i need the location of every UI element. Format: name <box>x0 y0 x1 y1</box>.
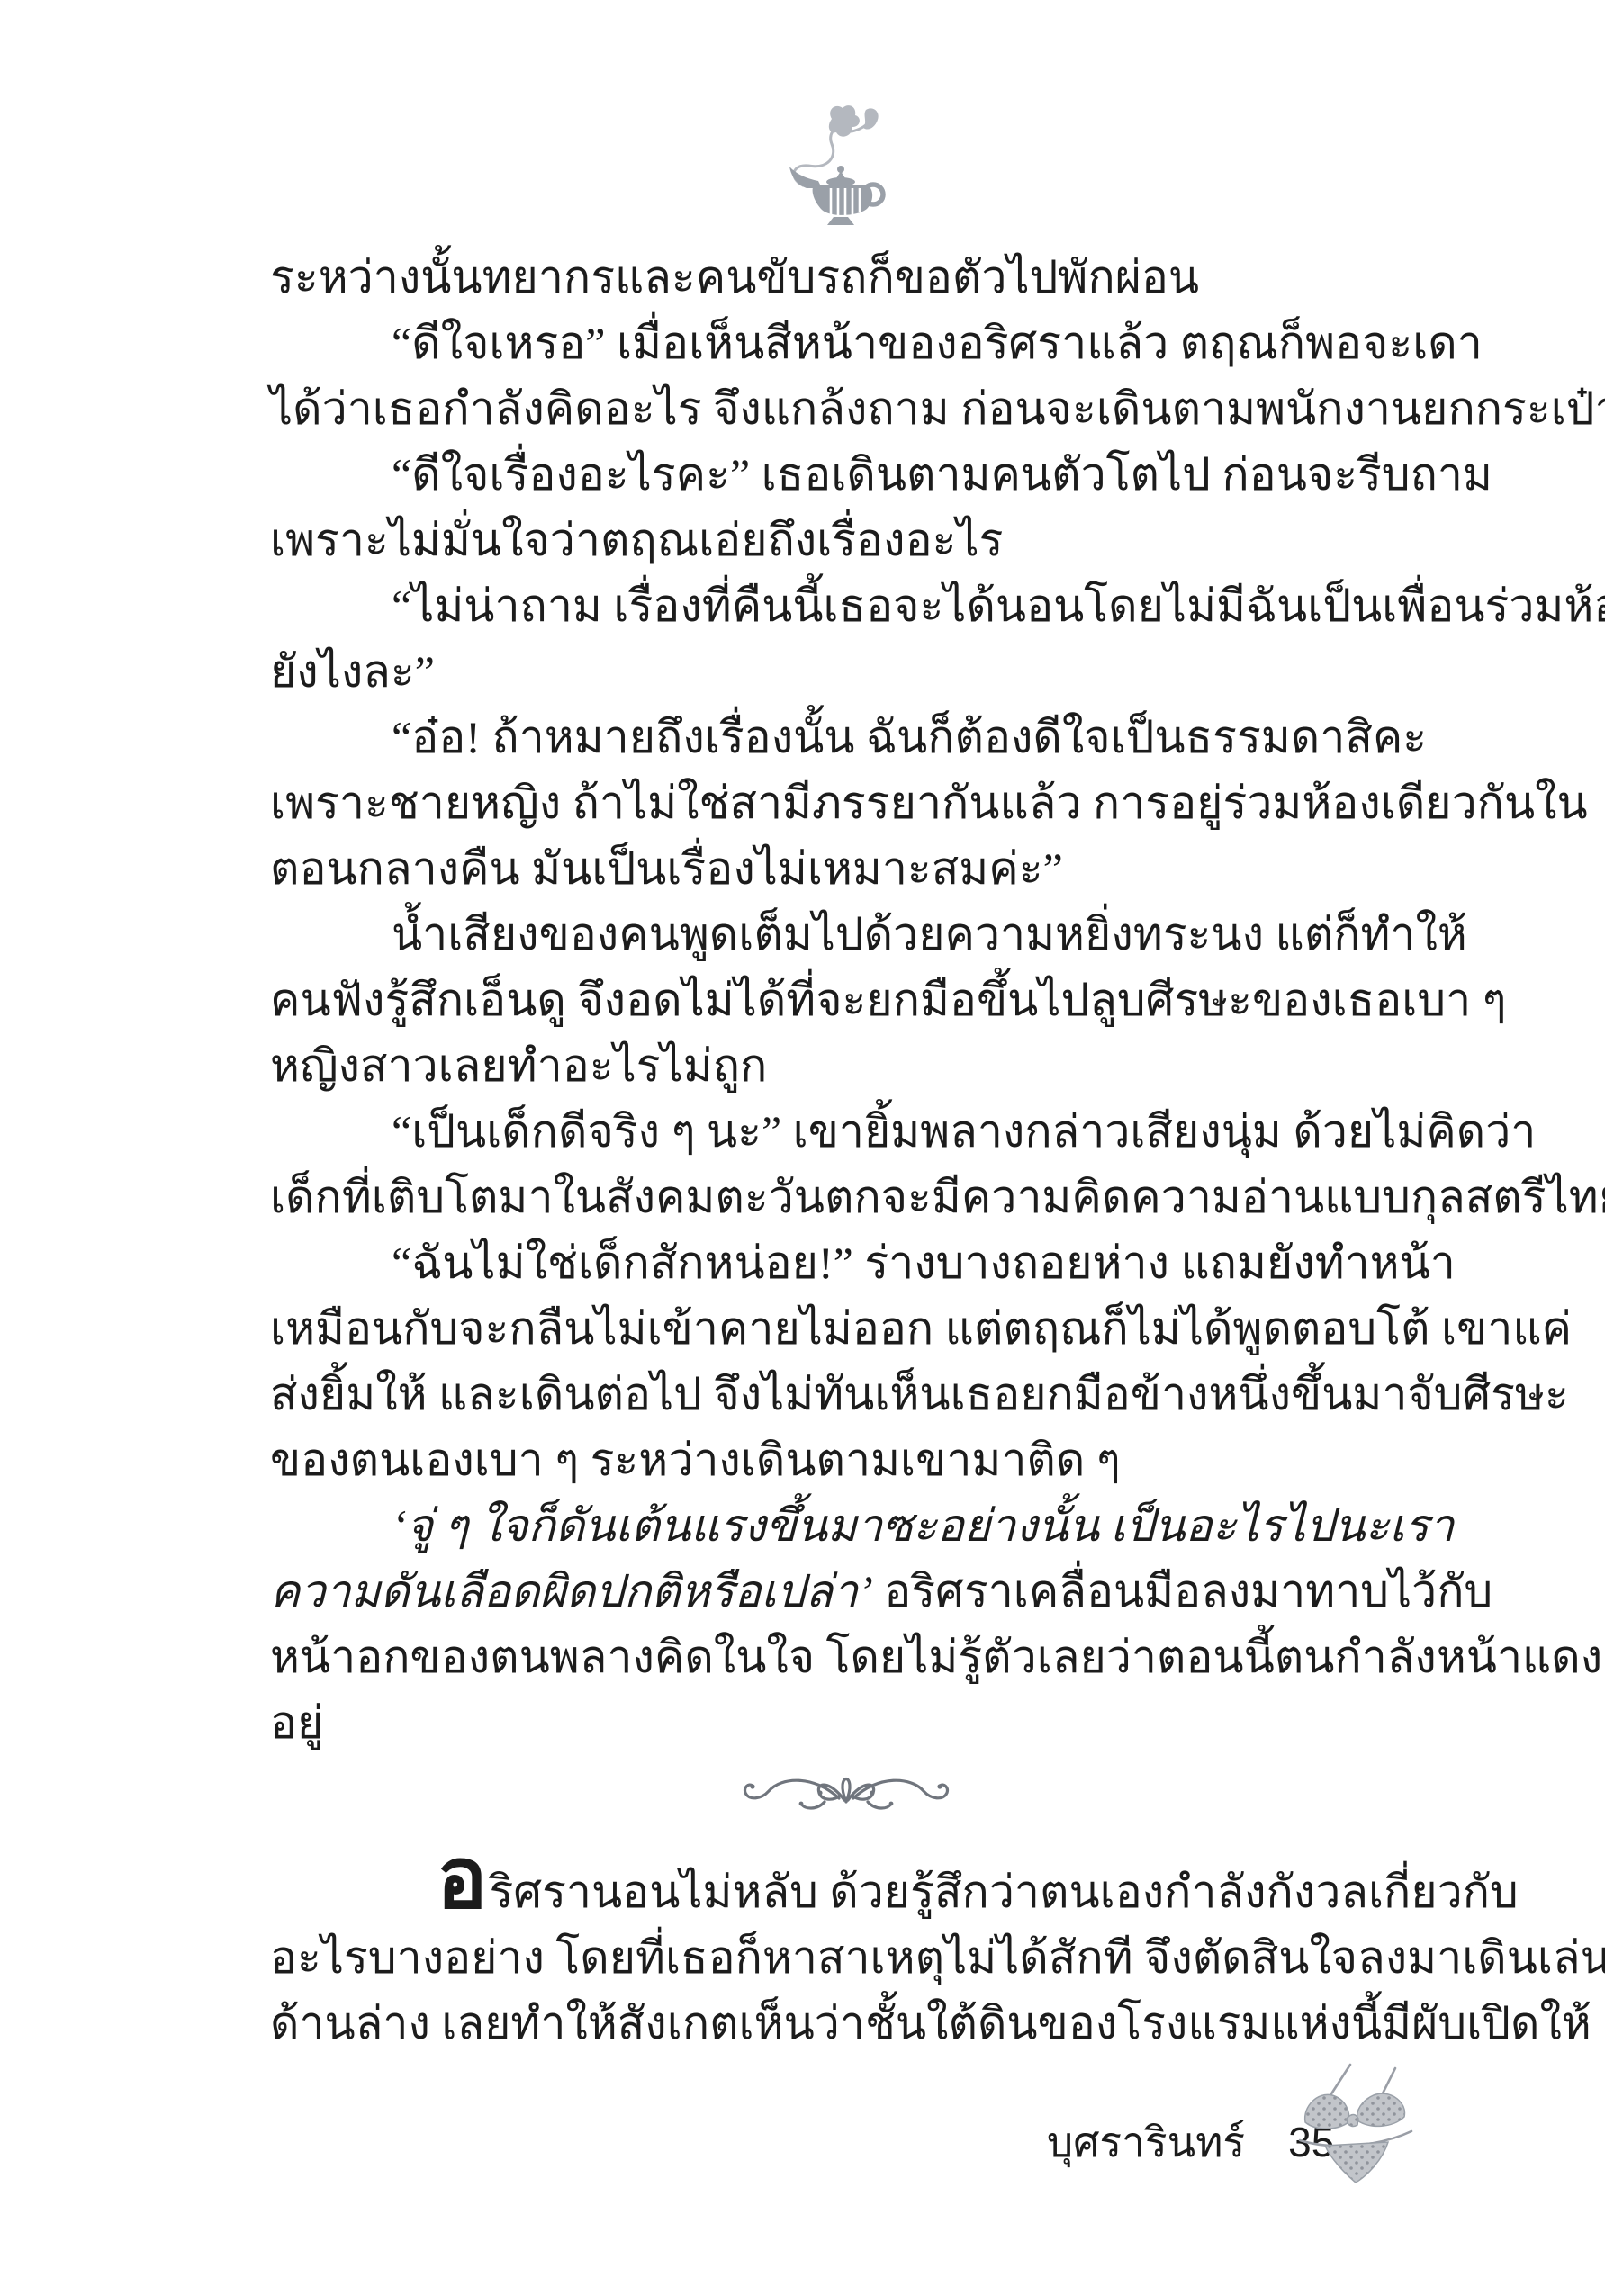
text-segment: ยังไงละ” <box>270 646 435 697</box>
text-segment: เหมือนกับจะกลืนไม่เข้าคายไม่ออก แต่ตฤณก็… <box>270 1303 1572 1354</box>
text-line: ตอนกลางคืน มันเป็นเรื่องไม่เหมาะสมค่ะ” <box>270 836 1422 902</box>
text-line: อะไรบางอย่าง โดยที่เธอก็หาสาเหตุไม่ได้สั… <box>270 1925 1422 1991</box>
text-segment: “ดีใจเรื่องอะไรคะ” เธอเดินตามคนตัวโตไป ก… <box>392 449 1492 500</box>
genie-lamp-icon <box>781 101 893 227</box>
text-segment: ได้ว่าเธอกำลังคิดอะไร จึงแกล้งถาม ก่อนจะ… <box>270 383 1605 434</box>
text-segment: อะไรบางอย่าง โดยที่เธอก็หาสาเหตุไม่ได้สั… <box>270 1932 1605 1983</box>
text-segment: เด็กที่เติบโตมาในสังคมตะวันตกจะมีความคิด… <box>270 1172 1605 1222</box>
text-line: ‘จู่ ๆ ใจก็ดันเต้นแรงขึ้นมาซะอย่างนั้น เ… <box>270 1493 1422 1559</box>
text-segment: ส่งยิ้มให้ และเดินต่อไป จึงไม่ทันเห็นเธอ… <box>270 1369 1569 1419</box>
text-line: ส่งยิ้มให้ และเดินต่อไป จึงไม่ทันเห็นเธอ… <box>270 1362 1422 1427</box>
text-segment: อริศราเคลื่อนมือลงมาทาบไว้กับ <box>873 1566 1493 1616</box>
text-line: อริศรานอนไม่หลับ ด้วยรู้สึกว่าตนเองกำลัง… <box>270 1859 1422 1925</box>
text-segment: ‘จู่ ๆ ใจก็ดันเต้นแรงขึ้นมาซะอย่างนั้น เ… <box>392 1500 1454 1551</box>
text-line: หญิงสาวเลยทำอะไรไม่ถูก <box>270 1033 1422 1099</box>
text-line: เพราะชายหญิง ถ้าไม่ใช่สามีภรรยากันแล้ว ก… <box>270 770 1422 836</box>
text-segment: “ไม่น่าถาม เรื่องที่คืนนี้เธอจะได้นอนโดย… <box>392 581 1605 631</box>
text-segment: ของตนเองเบา ๆ ระหว่างเดินตามเขามาติด ๆ <box>270 1435 1121 1485</box>
page-footer: บุศรารินทร์ 35 <box>1047 2110 1334 2175</box>
text-line: ระหว่างนั้นทยากรและคนขับรถก็ขอตัวไปพักผ่… <box>270 245 1422 311</box>
text-line: ได้ว่าเธอกำลังคิดอะไร จึงแกล้งถาม ก่อนจะ… <box>270 376 1422 442</box>
text-segment: “ฉันไม่ใช่เด็กสักหน่อย!” ร่างบางถอยห่าง … <box>392 1238 1456 1288</box>
text-segment: เพราะไม่มั่นใจว่าตฤณเอ่ยถึงเรื่องอะไร <box>270 515 1003 565</box>
text-segment: คนฟังรู้สึกเอ็นดู จึงอดไม่ได้ที่จะยกมือข… <box>270 975 1507 1025</box>
text-line: ความดันเลือดผิดปกติหรือเปล่า’ อริศราเคลื… <box>270 1559 1422 1625</box>
text-line: ยังไงละ” <box>270 639 1422 705</box>
text-segment: ระหว่างนั้นทยากรและคนขับรถก็ขอตัวไปพักผ่… <box>270 252 1199 302</box>
text-segment: ความดันเลือดผิดปกติหรือเปล่า’ <box>270 1566 873 1616</box>
text-line: ด้านล่าง เลยทำให้สังเกตเห็นว่าชั้นใต้ดิน… <box>270 1991 1422 2057</box>
text-line: อยู่ <box>270 1690 1422 1756</box>
text-line: “ดีใจเหรอ” เมื่อเห็นสีหน้าของอริศราแล้ว … <box>270 311 1422 376</box>
genie-lamp-svg <box>781 101 893 227</box>
bikini-svg <box>1294 2057 1415 2189</box>
text-line: คนฟังรู้สึกเอ็นดู จึงอดไม่ได้ที่จะยกมือข… <box>270 968 1422 1033</box>
text-line: “ดีใจเรื่องอะไรคะ” เธอเดินตามคนตัวโตไป ก… <box>270 442 1422 508</box>
text-segment: ตอนกลางคืน มันเป็นเรื่องไม่เหมาะสมค่ะ” <box>270 843 1063 894</box>
drop-cap-letter: อ <box>437 1832 489 1926</box>
text-line: “เป็นเด็กดีจริง ๆ นะ” เขายิ้มพลางกล่าวเส… <box>270 1099 1422 1165</box>
text-segment: “อ๋อ! ถ้าหมายถึงเรื่องนั้น ฉันก็ต้องดีใจ… <box>392 712 1427 762</box>
text-segment: หญิงสาวเลยทำอะไรไม่ถูก <box>270 1040 767 1091</box>
text-line: เหมือนกับจะกลืนไม่เข้าคายไม่ออก แต่ตฤณก็… <box>270 1296 1422 1362</box>
flourish-svg <box>738 1757 954 1814</box>
text-line: เด็กที่เติบโตมาในสังคมตะวันตกจะมีความคิด… <box>270 1165 1422 1230</box>
text-line: “ฉันไม่ใช่เด็กสักหน่อย!” ร่างบางถอยห่าง … <box>270 1230 1422 1296</box>
text-line: เพราะไม่มั่นใจว่าตฤณเอ่ยถึงเรื่องอะไร <box>270 508 1422 573</box>
paragraph-block-1: ระหว่างนั้นทยากรและคนขับรถก็ขอตัวไปพักผ่… <box>270 245 1422 1756</box>
text-segment: น้ำเสียงของคนพูดเต็มไปด้วยความหยิ่งทระนง… <box>392 909 1467 959</box>
text-segment: ริศรานอนไม่หลับ ด้วยรู้สึกว่าตนเองกำลังก… <box>489 1867 1518 1917</box>
flourish-divider <box>270 1757 1422 1819</box>
text-line: ของตนเองเบา ๆ ระหว่างเดินตามเขามาติด ๆ <box>270 1427 1422 1493</box>
text-segment: หน้าอกของตนพลางคิดในใจ โดยไม่รู้ตัวเลยว่… <box>270 1632 1602 1682</box>
text-line: “ไม่น่าถาม เรื่องที่คืนนี้เธอจะได้นอนโดย… <box>270 573 1422 639</box>
text-segment: อยู่ <box>270 1697 323 1748</box>
text-segment: “ดีใจเหรอ” เมื่อเห็นสีหน้าของอริศราแล้ว … <box>392 318 1483 368</box>
book-title: บุศรารินทร์ <box>1047 2110 1245 2175</box>
text-segment: เพราะชายหญิง ถ้าไม่ใช่สามีภรรยากันแล้ว ก… <box>270 778 1588 828</box>
book-page: ระหว่างนั้นทยากรและคนขับรถก็ขอตัวไปพักผ่… <box>0 0 1605 2296</box>
text-line: “อ๋อ! ถ้าหมายถึงเรื่องนั้น ฉันก็ต้องดีใจ… <box>270 705 1422 770</box>
text-line: หน้าอกของตนพลางคิดในใจ โดยไม่รู้ตัวเลยว่… <box>270 1625 1422 1690</box>
bikini-icon <box>1294 2057 1415 2189</box>
text-segment: ด้านล่าง เลยทำให้สังเกตเห็นว่าชั้นใต้ดิน… <box>270 1998 1591 2048</box>
text-segment: “เป็นเด็กดีจริง ๆ นะ” เขายิ้มพลางกล่าวเส… <box>392 1106 1536 1157</box>
paragraph-block-2: อริศรานอนไม่หลับ ด้วยรู้สึกว่าตนเองกำลัง… <box>270 1859 1422 2057</box>
text-line: น้ำเสียงของคนพูดเต็มไปด้วยความหยิ่งทระนง… <box>270 902 1422 968</box>
